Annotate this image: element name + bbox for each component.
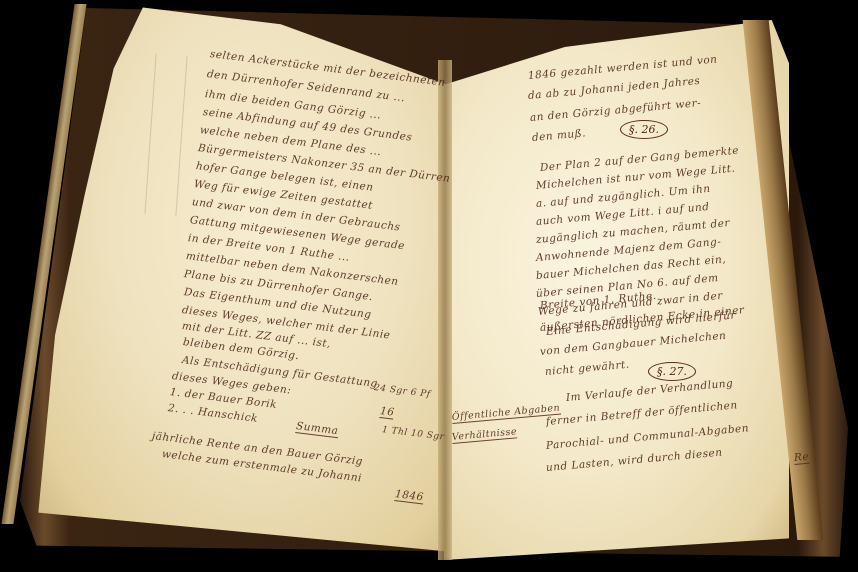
amount: 16 [379, 405, 395, 420]
handwriting-line: Re [793, 451, 809, 465]
book-gutter [438, 60, 452, 560]
section-marker: §. 27. [648, 362, 696, 381]
book-photo: selten Ackerstücke mit der bezeichneten … [0, 0, 858, 572]
section-marker: §. 26. [620, 120, 668, 139]
